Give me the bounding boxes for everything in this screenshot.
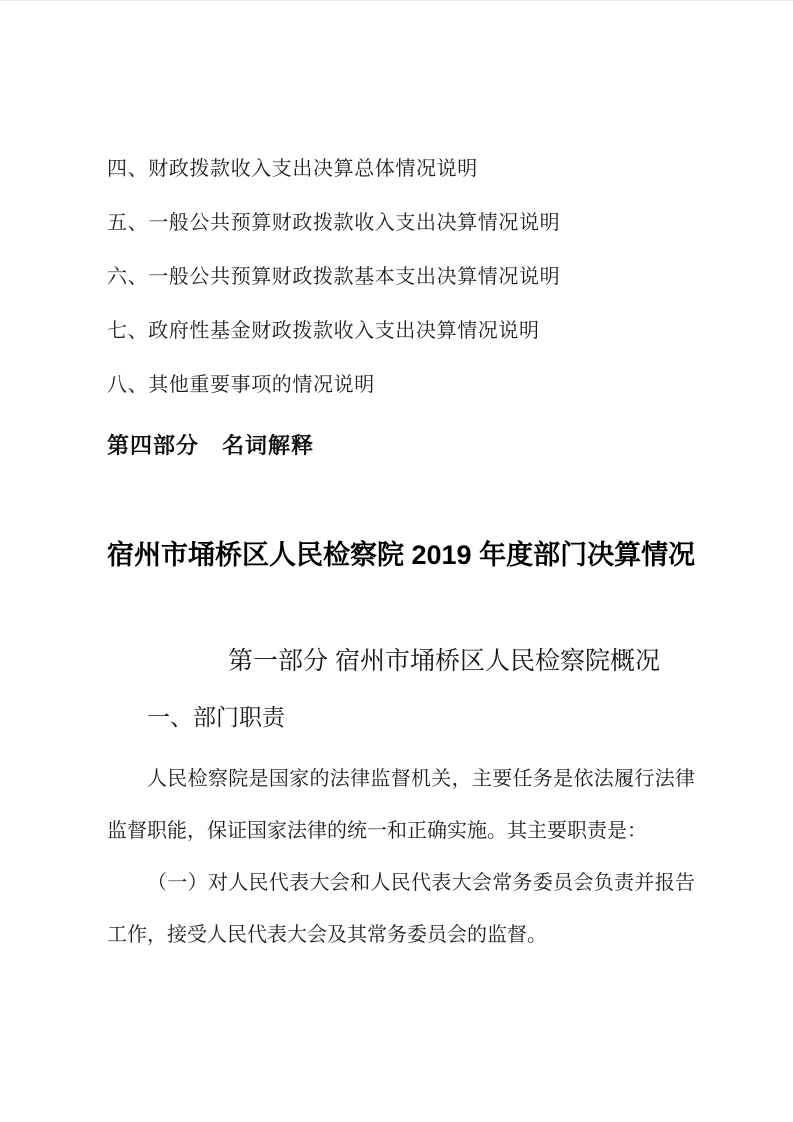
part1-heading: 第一部分 宿州市埇桥区人民检察院概况 <box>107 648 695 675</box>
document-content: 四、财政拨款收入支出决算总体情况说明 五、一般公共预算财政拨款收入支出决算情况说… <box>0 1 793 961</box>
body-text: 人民检察院是国家的法律监督机关，主要任务是依法履行法律监督职能，保证国家法律的统… <box>107 753 695 961</box>
toc-item: 六、一般公共预算财政拨款基本支出决算情况说明 <box>107 265 695 289</box>
toc-item: 八、其他重要事项的情况说明 <box>107 373 695 397</box>
subsection-heading-duties: 一、部门职责 <box>147 705 695 730</box>
table-of-contents: 四、财政拨款收入支出决算总体情况说明 五、一般公共预算财政拨款收入支出决算情况说… <box>107 1 695 397</box>
toc-item: 五、一般公共预算财政拨款收入支出决算情况说明 <box>107 211 695 235</box>
body-paragraph: （一）对人民代表大会和人民代表大会常务委员会负责并报告工作，接受人民代表大会及其… <box>107 857 695 961</box>
toc-item: 七、政府性基金财政拨款收入支出决算情况说明 <box>107 319 695 343</box>
toc-item: 四、财政拨款收入支出决算总体情况说明 <box>107 157 695 181</box>
document-page: 四、财政拨款收入支出决算总体情况说明 五、一般公共预算财政拨款收入支出决算情况说… <box>0 0 793 1122</box>
document-title: 宿州市埇桥区人民检察院 2019 年度部门决算情况 <box>107 540 695 570</box>
part4-heading: 第四部分 名词解释 <box>107 433 695 459</box>
body-paragraph: 人民检察院是国家的法律监督机关，主要任务是依法履行法律监督职能，保证国家法律的统… <box>107 753 695 857</box>
